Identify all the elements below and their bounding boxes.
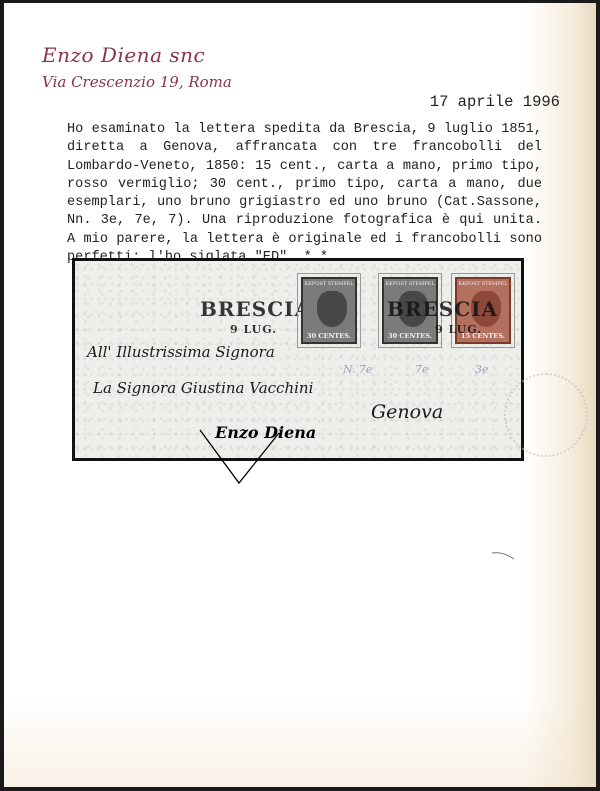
certificate-sheet: Enzo Diena snc Via Crescenzio 19, Roma 1… bbox=[4, 3, 596, 787]
expert-signature: Enzo Diena bbox=[215, 423, 316, 442]
address-line-2: La Signora Giustina Vacchini bbox=[93, 379, 313, 397]
cover-photo: BRESCIA 9 LUG. KKPOST STEMPEL 30 CENTES.… bbox=[72, 258, 524, 461]
certificate-text: Ho esaminato la lettera spedita da Bresc… bbox=[67, 121, 542, 267]
eagle-crest-icon bbox=[317, 291, 347, 327]
cancel-date-right: 9 LUG. bbox=[435, 323, 482, 336]
letterhead: Enzo Diena snc Via Crescenzio 19, Roma bbox=[42, 43, 232, 93]
pencil-note-1: N. 7e bbox=[343, 363, 372, 376]
stamp-header: KKPOST STEMPEL bbox=[457, 281, 509, 287]
stamp-30c-grey-1: KKPOST STEMPEL 30 CENTES. bbox=[297, 273, 361, 348]
cancel-brescia-left: BRESCIA bbox=[200, 297, 311, 321]
embossed-seal bbox=[504, 373, 588, 457]
cancel-date-left: 9 LUG. bbox=[230, 323, 277, 336]
cancel-brescia-right: BRESCIA bbox=[387, 297, 498, 321]
letterhead-address: Via Crescenzio 19, Roma bbox=[42, 71, 232, 93]
stamp-value: 30 CENTES. bbox=[384, 332, 436, 340]
destination-city: Genova bbox=[371, 401, 443, 423]
address-line-1: All' Illustrissima Signora bbox=[87, 343, 275, 361]
pencil-note-3: 3e bbox=[475, 363, 489, 376]
letterhead-name: Enzo Diena snc bbox=[42, 43, 232, 67]
stamp-value: 30 CENTES. bbox=[303, 332, 355, 340]
stamp-header: KKPOST STEMPEL bbox=[303, 281, 355, 287]
certificate-date: 17 aprile 1996 bbox=[430, 93, 560, 111]
stamp-header: KKPOST STEMPEL bbox=[384, 281, 436, 287]
pencil-note-2: 7e bbox=[415, 363, 429, 376]
